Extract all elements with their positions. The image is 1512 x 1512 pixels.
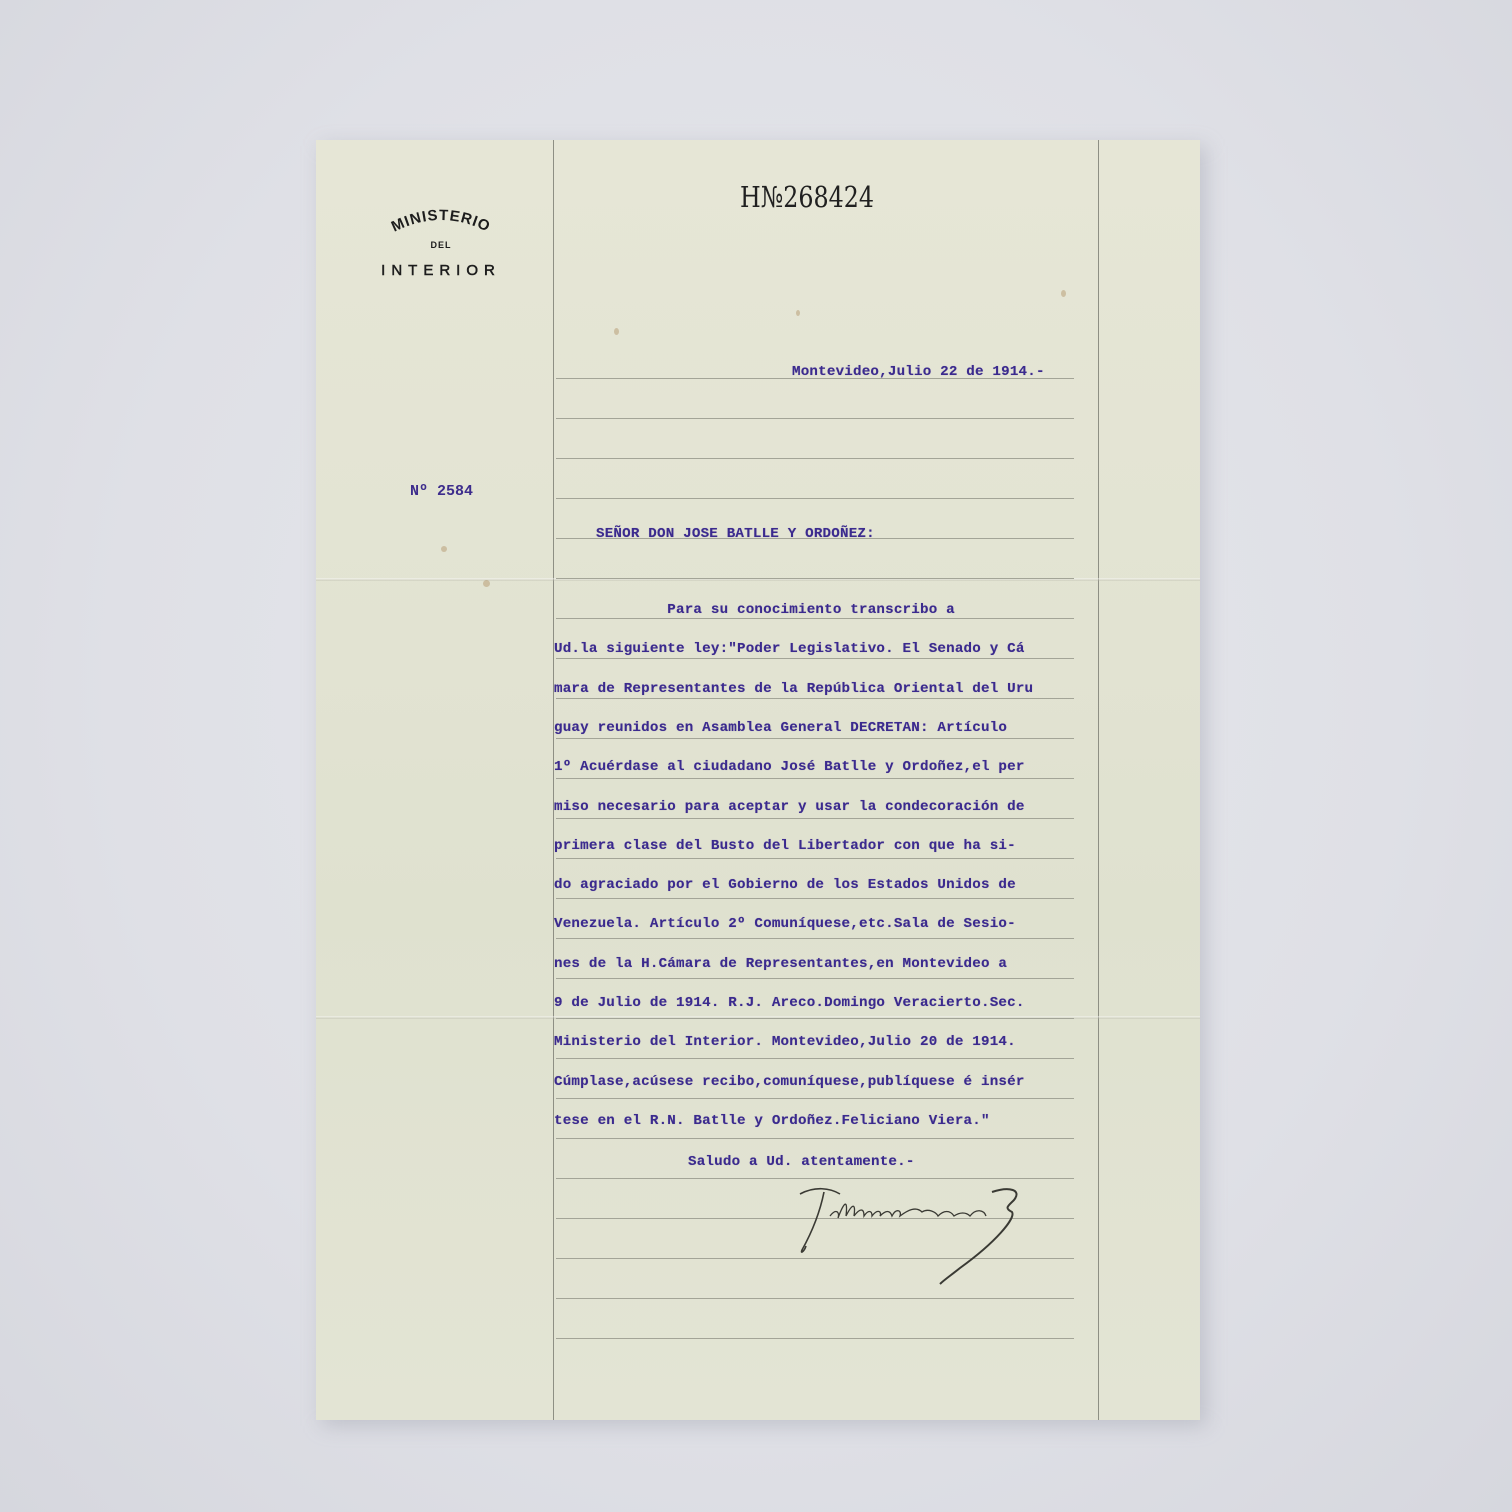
ruled-line — [556, 738, 1074, 739]
body-line: 9 de Julio de 1914. R.J. Areco.Domingo V… — [554, 995, 1025, 1011]
ruled-line — [556, 618, 1074, 619]
ruled-line — [556, 1298, 1074, 1299]
body-line: do agraciado por el Gobierno de los Esta… — [554, 877, 1016, 893]
ruled-line — [556, 938, 1074, 939]
body-line: Para su conocimiento transcribo a — [554, 602, 955, 618]
letterhead-interior: INTERIOR — [366, 262, 516, 279]
body-line: 1º Acuérdase al ciudadano José Batlle y … — [554, 759, 1025, 775]
body-line: Venezuela. Artículo 2º Comuníquese,etc.S… — [554, 916, 1016, 932]
letterhead-del: DEL — [366, 240, 516, 250]
body-line: Cúmplase,acúsese recibo,comuníquese,publ… — [554, 1074, 1025, 1090]
ruled-line — [556, 818, 1074, 819]
ruled-line — [556, 978, 1074, 979]
paper-spot — [614, 328, 619, 335]
paper-spot — [796, 310, 800, 316]
ruled-line — [556, 498, 1074, 499]
ruled-line — [556, 578, 1074, 579]
body-line: miso necesario para aceptar y usar la co… — [554, 799, 1025, 815]
ruled-line — [556, 858, 1074, 859]
body-line: nes de la H.Cámara de Representantes,en … — [554, 956, 1007, 972]
ruled-line — [556, 1018, 1074, 1019]
ruled-line — [556, 1138, 1074, 1139]
ruled-line — [556, 778, 1074, 779]
body-line: tese en el R.N. Batlle y Ordoñez.Felicia… — [554, 1113, 990, 1129]
document-sheet: MINISTERIO DEL INTERIOR H№268424 Nº 2584… — [316, 140, 1200, 1420]
svg-text:MINISTERIO: MINISTERIO — [389, 207, 493, 236]
body-line: guay reunidos en Asamblea General DECRET… — [554, 720, 1007, 736]
left-margin-line — [553, 140, 554, 1420]
ruled-line — [556, 658, 1074, 659]
paper-spot — [441, 546, 447, 552]
salutation: SEÑOR DON JOSE BATLLE Y ORDOÑEZ: — [596, 526, 875, 542]
body-line: Ministerio del Interior. Montevideo,Juli… — [554, 1034, 1016, 1050]
ruled-line — [556, 1058, 1074, 1059]
body-line: mara de Representantes de la República O… — [554, 681, 1033, 697]
body-line: primera clase del Busto del Libertador c… — [554, 838, 1016, 854]
serial-number: H№268424 — [740, 180, 874, 214]
paper-spot — [483, 580, 490, 587]
paper-spot — [1061, 290, 1066, 297]
closing-line: Saludo a Ud. atentamente.- — [688, 1154, 915, 1170]
ruled-line — [556, 698, 1074, 699]
ruled-line — [556, 1098, 1074, 1099]
ruled-line — [556, 418, 1074, 419]
reference-number: Nº 2584 — [410, 483, 473, 500]
right-margin-line — [1098, 140, 1099, 1420]
letterhead-ministerio: MINISTERIO — [366, 206, 516, 240]
ruled-line — [556, 1338, 1074, 1339]
body-line: Ud.la siguiente ley:"Poder Legislativo. … — [554, 641, 1025, 657]
ruled-line — [556, 898, 1074, 899]
signature — [760, 1172, 1060, 1292]
ruled-line — [556, 458, 1074, 459]
date-line: Montevideo,Julio 22 de 1914.- — [792, 364, 1045, 380]
letterhead: MINISTERIO DEL INTERIOR — [366, 206, 516, 279]
